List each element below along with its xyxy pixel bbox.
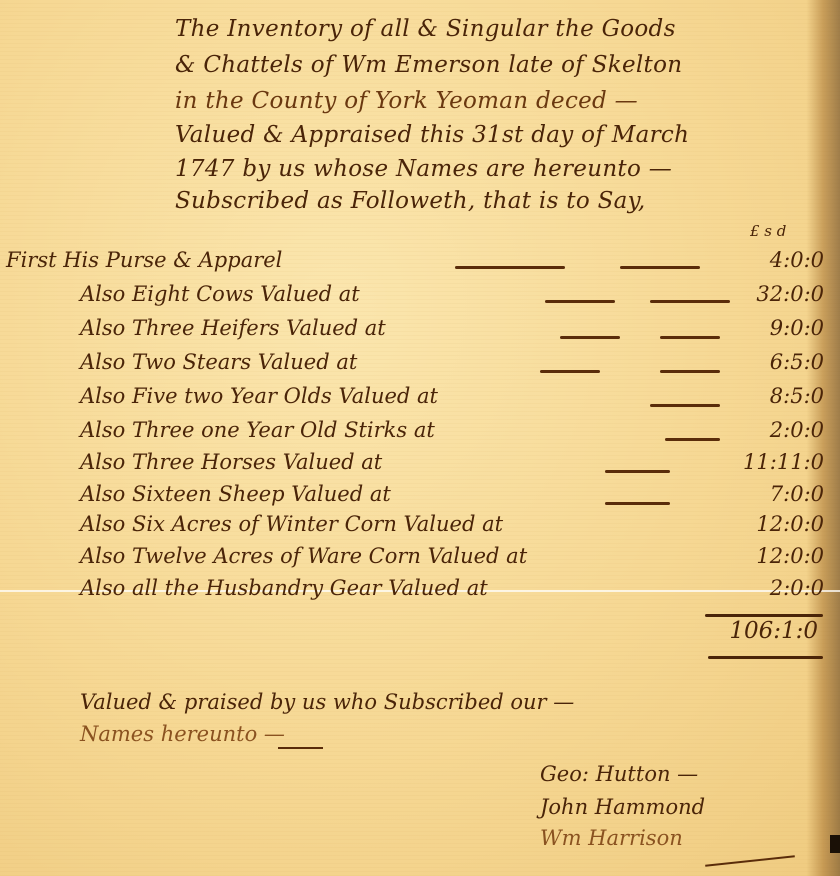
heading-line-1: The Inventory of all & Singular the Good… (175, 16, 676, 42)
inventory-item: Also Three one Year Old Stirks at 2:0:0 (0, 418, 840, 448)
inventory-item: Also Three Horses Valued at 11:11:0 (0, 450, 840, 480)
filler-dash (650, 404, 720, 407)
filler-dash (540, 370, 600, 373)
item-amount: 8:5:0 (770, 384, 824, 408)
item-description: Also Three Horses Valued at (80, 450, 382, 474)
inventory-item: Also Three Heifers Valued at 9:0:0 (0, 316, 840, 346)
item-amount: 12:0:0 (756, 512, 824, 536)
signature-2: John Hammond (540, 795, 705, 819)
item-amount: 9:0:0 (770, 316, 824, 340)
signature-1: Geo: Hutton — (540, 762, 698, 786)
total-rule-bottom (708, 656, 823, 659)
item-description: Also Three one Year Old Stirks at (80, 418, 435, 442)
item-amount: 12:0:0 (756, 544, 824, 568)
filler-dash (660, 370, 720, 373)
item-description: First His Purse & Apparel (6, 248, 282, 272)
edge-shadow (830, 835, 840, 853)
inventory-item: Also Sixteen Sheep Valued at 7:0:0 (0, 482, 840, 512)
closing-line-2: Names hereunto — (80, 722, 285, 746)
filler-dash (455, 266, 565, 269)
item-description: Also Five two Year Olds Valued at (80, 384, 438, 408)
inventory-item: Also Six Acres of Winter Corn Valued at … (0, 512, 840, 542)
item-description: Also Eight Cows Valued at (80, 282, 360, 306)
filler-dash (605, 502, 670, 505)
filler-dash (605, 470, 670, 473)
filler-dash (665, 438, 720, 441)
item-amount: 4:0:0 (770, 248, 824, 272)
item-amount: 32:0:0 (756, 282, 824, 306)
item-description: Also Sixteen Sheep Valued at (80, 482, 391, 506)
item-amount: 2:0:0 (770, 576, 824, 600)
inventory-item: Also Two Stears Valued at 6:5:0 (0, 350, 840, 380)
item-amount: 6:5:0 (770, 350, 824, 374)
filler-dash (278, 747, 323, 749)
filler-dash (650, 300, 730, 303)
item-description: Also Two Stears Valued at (80, 350, 357, 374)
item-amount: 2:0:0 (770, 418, 824, 442)
item-description: Also all the Husbandry Gear Valued at (80, 576, 488, 600)
filler-dash (660, 336, 720, 339)
item-description: Also Six Acres of Winter Corn Valued at (80, 512, 503, 536)
filler-dash (560, 336, 620, 339)
heading-line-3: in the County of York Yeoman deced — (175, 88, 638, 114)
currency-column-header: £ s d (750, 222, 786, 240)
inventory-item: First His Purse & Apparel 4:0:0 (0, 248, 840, 278)
signature-3: Wm Harrison (540, 826, 683, 850)
heading-line-2: & Chattels of Wm Emerson late of Skelton (175, 52, 682, 78)
item-description: Also Twelve Acres of Ware Corn Valued at (80, 544, 527, 568)
item-description: Also Three Heifers Valued at (80, 316, 386, 340)
item-amount: 7:0:0 (770, 482, 824, 506)
heading-line-6: Subscribed as Followeth, that is to Say, (175, 188, 646, 214)
closing-line-1: Valued & praised by us who Subscribed ou… (80, 690, 574, 714)
total-rule-top (705, 614, 823, 617)
filler-dash (545, 300, 615, 303)
inventory-item: Also Eight Cows Valued at 32:0:0 (0, 282, 840, 312)
inventory-item: Also all the Husbandry Gear Valued at 2:… (0, 576, 840, 606)
filler-dash (620, 266, 700, 269)
inventory-item: Also Twelve Acres of Ware Corn Valued at… (0, 544, 840, 574)
item-amount: 11:11:0 (743, 450, 824, 474)
heading-line-5: 1747 by us whose Names are hereunto — (175, 156, 672, 182)
inventory-total: 106:1:0 (729, 618, 818, 644)
inventory-item: Also Five two Year Olds Valued at 8:5:0 (0, 384, 840, 414)
heading-line-4: Valued & Appraised this 31st day of Marc… (175, 122, 689, 148)
